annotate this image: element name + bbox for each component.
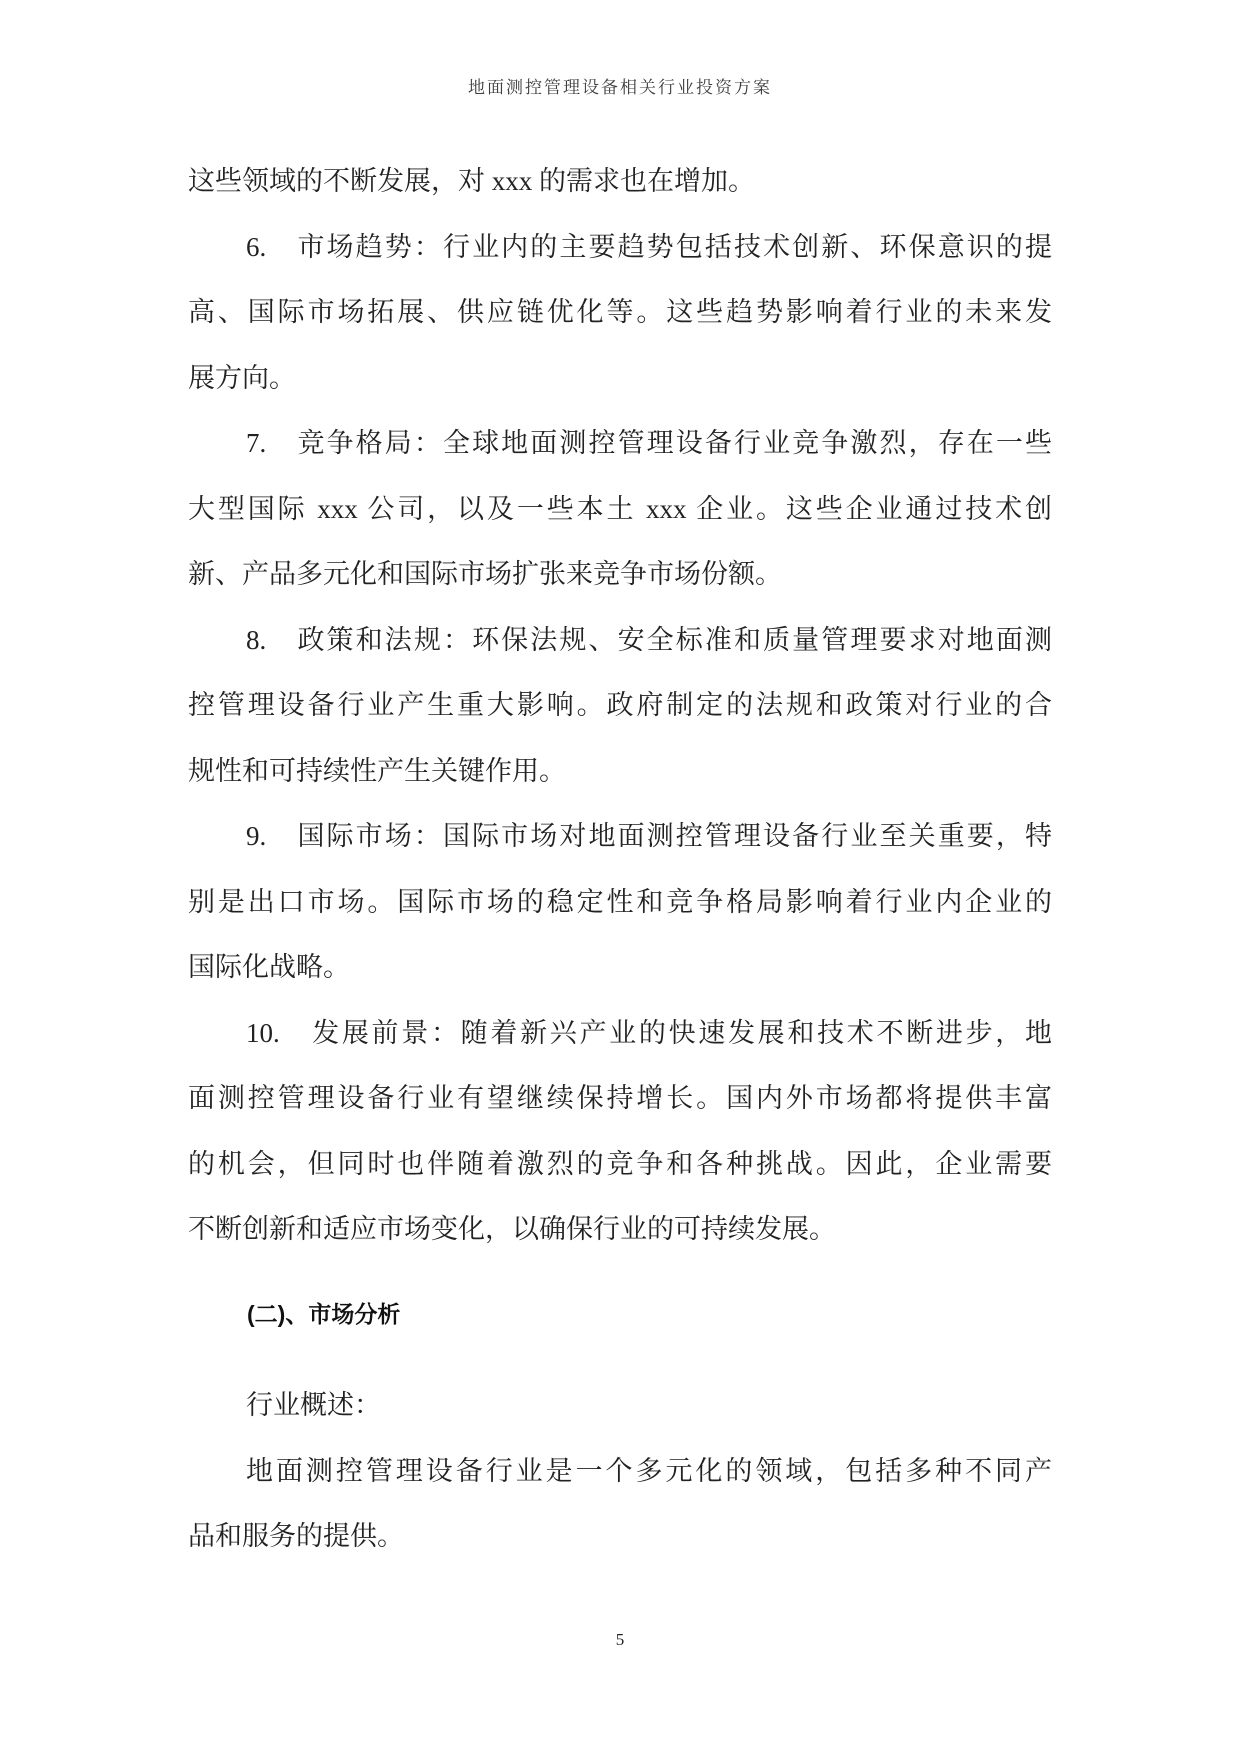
text-line: 6. 市场趋势：行业内的主要趋势包括技术创新、环保意识的提 xyxy=(188,215,1052,281)
page-number: 5 xyxy=(0,1628,1240,1652)
text-line: 9. 国际市场：国际市场对地面测控管理设备行业至关重要，特 xyxy=(188,804,1052,870)
text-line: 8. 政策和法规：环保法规、安全标准和质量管理要求对地面测 xyxy=(188,608,1052,674)
section-heading: (二)、市场分析 xyxy=(188,1282,1052,1348)
text-line: 展方向。 xyxy=(188,346,1052,412)
text-line: 新、产品多元化和国际市场扩张来竞争市场份额。 xyxy=(188,542,1052,608)
text-line: 别是出口市场。国际市场的稳定性和竞争格局影响着行业内企业的 xyxy=(188,870,1052,936)
text-line: 不断创新和适应市场变化，以确保行业的可持续发展。 xyxy=(188,1197,1052,1263)
text-line: 行业概述： xyxy=(188,1373,1052,1439)
text-line: 地面测控管理设备行业是一个多元化的领域，包括多种不同产 xyxy=(188,1439,1052,1505)
text-line: 7. 竞争格局：全球地面测控管理设备行业竞争激烈，存在一些 xyxy=(188,411,1052,477)
text-line: 规性和可持续性产生关键作用。 xyxy=(188,739,1052,805)
text-line: 这些领域的不断发展，对 xxx 的需求也在增加。 xyxy=(188,149,1052,215)
text-line: 面测控管理设备行业有望继续保持增长。国内外市场都将提供丰富 xyxy=(188,1066,1052,1132)
document-page: 地面测控管理设备相关行业投资方案 这些领域的不断发展，对 xxx 的需求也在增加… xyxy=(0,0,1240,1753)
document-body: 这些领域的不断发展，对 xxx 的需求也在增加。6. 市场趋势：行业内的主要趋势… xyxy=(188,0,1052,1570)
text-line: 国际化战略。 xyxy=(188,935,1052,1001)
text-line: 大型国际 xxx 公司，以及一些本土 xxx 企业。这些企业通过技术创 xyxy=(188,477,1052,543)
text-line: 10. 发展前景：随着新兴产业的快速发展和技术不断进步，地 xyxy=(188,1001,1052,1067)
text-line: 控管理设备行业产生重大影响。政府制定的法规和政策对行业的合 xyxy=(188,673,1052,739)
text-line: 高、国际市场拓展、供应链优化等。这些趋势影响着行业的未来发 xyxy=(188,280,1052,346)
text-line: 的机会，但同时也伴随着激烈的竞争和各种挑战。因此，企业需要 xyxy=(188,1132,1052,1198)
text-line: 品和服务的提供。 xyxy=(188,1504,1052,1570)
